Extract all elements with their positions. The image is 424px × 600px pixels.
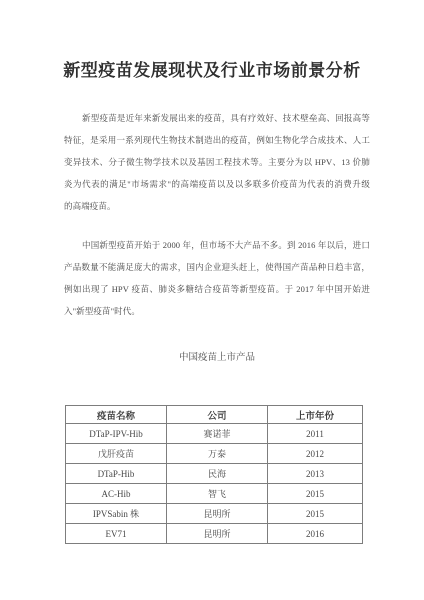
table-caption: 中国疫苗上市产品 xyxy=(64,347,370,369)
table-cell-company: 赛诺菲 xyxy=(167,424,268,444)
table-cell-vaccine: IPVSabin 株 xyxy=(66,504,167,524)
paragraph-line: 产品数量不能满足庞大的需求，国内企业迎头赶上，使得国产苗品种日趋丰富， xyxy=(64,256,370,278)
table-cell-company: 智飞 xyxy=(167,484,268,504)
paragraph-line: 变异技术、分子微生物学技术以及基因工程技术等。主要分为以 HPV、13 价肺 xyxy=(64,151,370,173)
table-header-cell: 公司 xyxy=(167,406,268,424)
table-row: 戊肝疫苗 万泰 2012 xyxy=(66,444,363,464)
table-cell-vaccine: AC-Hib xyxy=(66,484,167,504)
doc-title: 新型疫苗发展现状及行业市场前景分析 xyxy=(0,0,424,83)
paragraph-2: 中国新型疫苗开始于 2000 年，但市场不大产品不多。到 2016 年以后，进口… xyxy=(64,234,370,322)
table-cell-vaccine: EV71 xyxy=(66,524,167,544)
table-row: EV71 昆明所 2016 xyxy=(66,524,363,544)
paragraph-line: 中国新型疫苗开始于 2000 年，但市场不大产品不多。到 2016 年以后，进口 xyxy=(64,234,370,256)
table-row: DTaP-IPV-Hib 赛诺菲 2011 xyxy=(66,424,363,444)
paragraph-line: 的高端疫苗。 xyxy=(64,195,370,217)
paragraph-line: 新型疫苗是近年来新发展出来的疫苗，具有疗效好、技术壁垒高、回报高等 xyxy=(64,107,370,129)
doc-body: 新型疫苗是近年来新发展出来的疫苗，具有疗效好、技术壁垒高、回报高等 特征，是采用… xyxy=(64,107,370,544)
table-cell-company: 民海 xyxy=(167,464,268,484)
paragraph-line: 炎为代表的满足"市场需求"的高端疫苗以及以多联多价疫苗为代表的消费升级 xyxy=(64,173,370,195)
table-cell-company: 万泰 xyxy=(167,444,268,464)
table-cell-year: 2011 xyxy=(268,424,363,444)
table-cell-vaccine: DTaP-Hib xyxy=(66,464,167,484)
paragraph-1: 新型疫苗是近年来新发展出来的疫苗，具有疗效好、技术壁垒高、回报高等 特征，是采用… xyxy=(64,107,370,217)
table-cell-vaccine: DTaP-IPV-Hib xyxy=(66,424,167,444)
table-header-cell: 疫苗名称 xyxy=(66,406,167,424)
paragraph-line: 入"新型疫苗"时代。 xyxy=(64,300,370,322)
vaccine-table: 疫苗名称 公司 上市年份 DTaP-IPV-Hib 赛诺菲 2011 戊肝疫苗 … xyxy=(65,405,363,544)
paragraph-line: 例如出现了 HPV 疫苗、肺炎多糖结合疫苗等新型疫苗。于 2017 年中国开始进 xyxy=(64,278,370,300)
document-page: 新型疫苗发展现状及行业市场前景分析 新型疫苗是近年来新发展出来的疫苗，具有疗效好… xyxy=(0,0,424,600)
table-header-row: 疫苗名称 公司 上市年份 xyxy=(66,406,363,424)
table-cell-vaccine: 戊肝疫苗 xyxy=(66,444,167,464)
table-cell-company: 昆明所 xyxy=(167,504,268,524)
table-row: IPVSabin 株 昆明所 2015 xyxy=(66,504,363,524)
table-row: DTaP-Hib 民海 2013 xyxy=(66,464,363,484)
table-row: AC-Hib 智飞 2015 xyxy=(66,484,363,504)
paragraph-line: 特征，是采用一系列现代生物技术制造出的疫苗，例如生物化学合成技术、人工 xyxy=(64,129,370,151)
table-cell-year: 2015 xyxy=(268,504,363,524)
table-header-cell: 上市年份 xyxy=(268,406,363,424)
table-cell-year: 2013 xyxy=(268,464,363,484)
table-cell-year: 2012 xyxy=(268,444,363,464)
table-cell-year: 2015 xyxy=(268,484,363,504)
table-cell-company: 昆明所 xyxy=(167,524,268,544)
table-cell-year: 2016 xyxy=(268,524,363,544)
